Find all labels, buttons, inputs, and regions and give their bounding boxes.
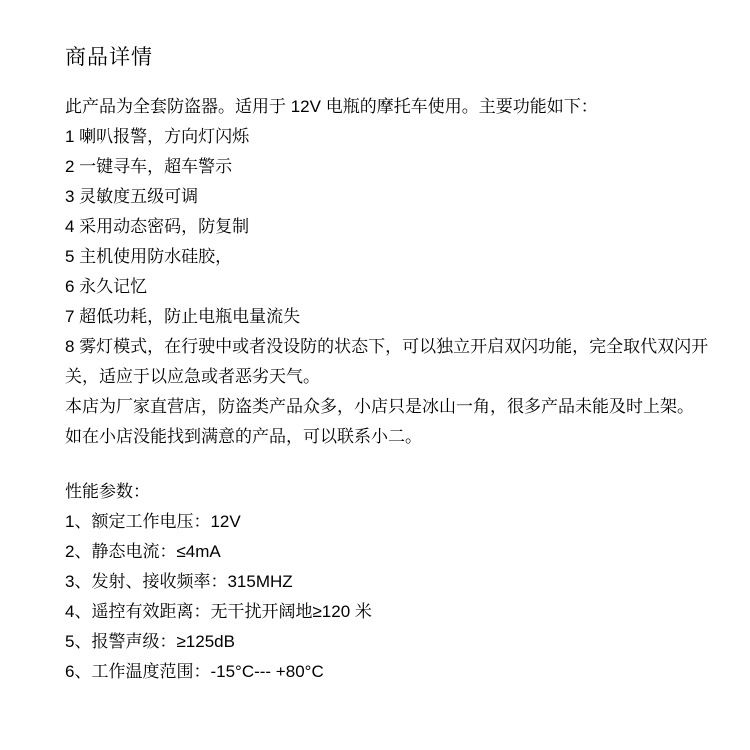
feature-line-3: 3 灵敏度五级可调 [65, 182, 712, 212]
spec-line-temperature-range: 6、工作温度范围：-15°C--- +80°C [65, 657, 712, 687]
feature-line-4: 4 采用动态密码，防复制 [65, 212, 712, 242]
feature-line-1: 1 喇叭报警，方向灯闪烁 [65, 122, 712, 152]
feature-line-2: 2 一键寻车，超车警示 [65, 152, 712, 182]
feature-line-6: 6 永久记忆 [65, 272, 712, 302]
spec-line-frequency: 3、发射、接收频率：315MHZ [65, 567, 712, 597]
intro-text: 此产品为全套防盗器。适用于 12V 电瓶的摩托车使用。主要功能如下： [65, 92, 712, 122]
store-note-line-2: 如在小店没能找到满意的产品，可以联系小二。 [65, 422, 712, 452]
product-detail-page: 商品详情 此产品为全套防盗器。适用于 12V 电瓶的摩托车使用。主要功能如下： … [0, 0, 750, 750]
store-note-line-1: 本店为厂家直营店，防盗类产品众多，小店只是冰山一角，很多产品未能及时上架。 [65, 392, 712, 422]
spec-line-voltage: 1、额定工作电压：12V [65, 507, 712, 537]
product-description-content: 商品详情 此产品为全套防盗器。适用于 12V 电瓶的摩托车使用。主要功能如下： … [0, 0, 750, 687]
specs-section-title: 性能参数： [65, 477, 712, 507]
spec-line-alarm-level: 5、报警声级：≥125dB [65, 627, 712, 657]
spec-line-remote-range: 4、遥控有效距离：无干扰开阔地≥120 米 [65, 597, 712, 627]
feature-line-8: 8 雾灯模式，在行驶中或者没设防的状态下，可以独立开启双闪功能，完全取代双闪开关… [65, 332, 712, 392]
feature-line-7: 7 超低功耗，防止电瓶电量流失 [65, 302, 712, 332]
spec-line-current: 2、静态电流：≤4mA [65, 537, 712, 567]
page-title: 商品详情 [65, 46, 712, 70]
feature-line-5: 5 主机使用防水硅胶， [65, 242, 712, 272]
